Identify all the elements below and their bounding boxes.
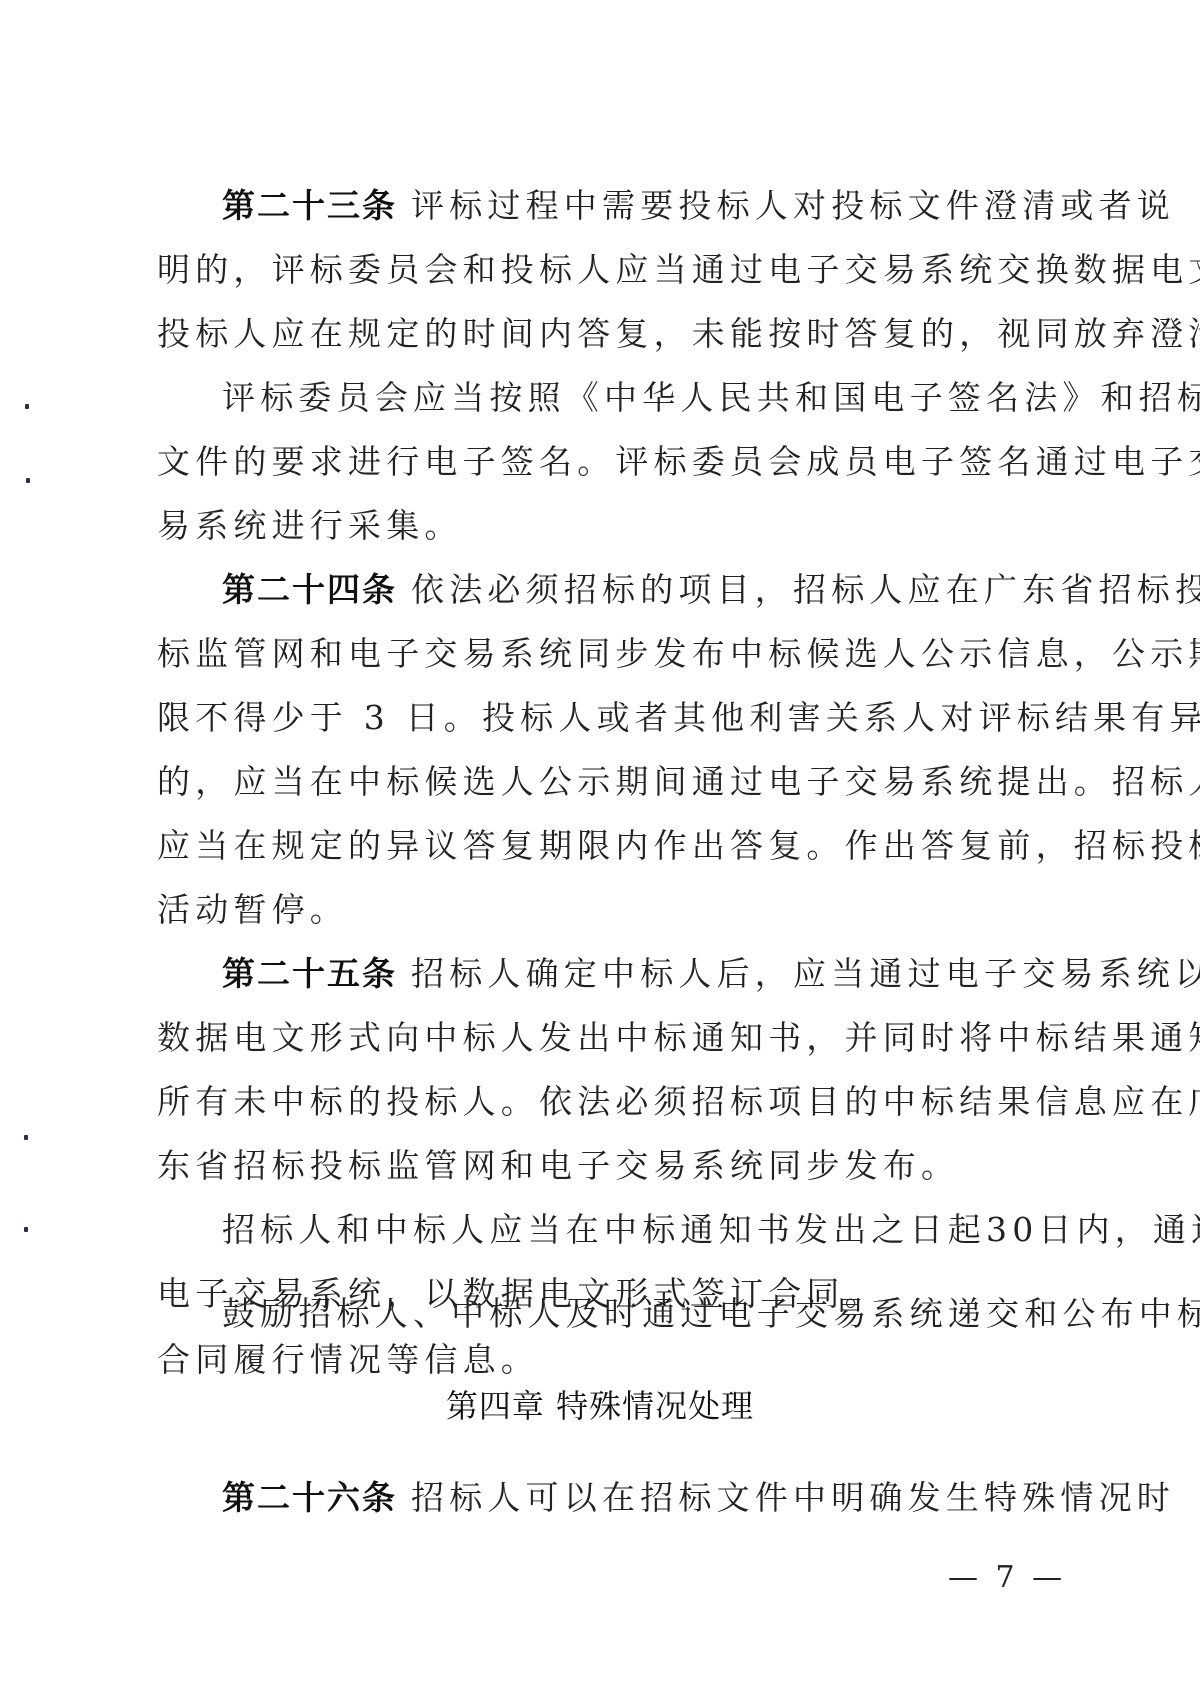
article-25-line-2: 数据电文形式向中标人发出中标通知书，并同时将中标结果通知 (157, 1018, 1077, 1058)
scan-speck (25, 404, 29, 409)
page-number: — 7 — (948, 1560, 1066, 1596)
article-23-line-3: 投标人应在规定的时间内答复，未能按时答复的，视同放弃澄清。 (157, 314, 1077, 354)
scan-speck (24, 1135, 28, 1140)
article-25-heading: 第二十五条 (222, 954, 397, 993)
article-text: 依法必须招标的项目，招标人应在广东省招标投 (411, 570, 1200, 609)
article-24-line-3: 限不得少于 3 日。投标人或者其他利害关系人对评标结果有异议 (157, 698, 1077, 738)
article-text: 招标人确定中标人后，应当通过电子交易系统以 (411, 954, 1200, 993)
article-24-line-6: 活动暂停。 (157, 890, 1077, 930)
article-text: 招标人可以在招标文件中明确发生特殊情况时 (411, 1478, 1175, 1517)
article-23-p2-line-2: 文件的要求进行电子签名。评标委员会成员电子签名通过电子交 (157, 442, 1077, 482)
article-24-line-5: 应当在规定的异议答复期限内作出答复。作出答复前，招标投标 (157, 826, 1077, 866)
article-25-line-4: 东省招标投标监管网和电子交易系统同步发布。 (157, 1146, 1077, 1186)
article-25-p3-line-1: 鼓励招标人、中标人及时通过电子交易系统递交和公布中标 (222, 1294, 1142, 1334)
article-25-p3-line-2: 合同履行情况等信息。 (157, 1340, 1077, 1380)
article-23-heading: 第二十三条 (222, 186, 397, 225)
article-24-line-1: 第二十四条依法必须招标的项目，招标人应在广东省招标投 (222, 570, 1142, 610)
article-text: 评标过程中需要投标人对投标文件澄清或者说 (411, 186, 1175, 225)
article-24-line-4: 的，应当在中标候选人公示期间通过电子交易系统提出。招标人 (157, 762, 1077, 802)
article-24-line-2: 标监管网和电子交易系统同步发布中标候选人公示信息，公示期 (157, 634, 1077, 674)
article-23-p2-line-1: 评标委员会应当按照《中华人民共和国电子签名法》和招标 (222, 378, 1142, 418)
article-23-line-1: 第二十三条评标过程中需要投标人对投标文件澄清或者说 (222, 186, 1142, 226)
article-25-line-3: 所有未中标的投标人。依法必须招标项目的中标结果信息应在广 (157, 1082, 1077, 1122)
article-23-p2-line-3: 易系统进行采集。 (157, 506, 1077, 546)
scan-speck (26, 478, 30, 483)
chapter-title: 第四章 特殊情况处理 (0, 1386, 1200, 1426)
article-25-line-1: 第二十五条招标人确定中标人后，应当通过电子交易系统以 (222, 954, 1142, 994)
article-24-heading: 第二十四条 (222, 570, 397, 609)
article-26-line-1: 第二十六条招标人可以在招标文件中明确发生特殊情况时 (222, 1478, 1142, 1518)
article-23-line-2: 明的，评标委员会和投标人应当通过电子交易系统交换数据电文， (157, 250, 1077, 290)
scan-speck (24, 1227, 28, 1232)
article-25-p2-line-1: 招标人和中标人应当在中标通知书发出之日起30日内，通过 (222, 1210, 1142, 1250)
document-page: 第二十三条评标过程中需要投标人对投标文件澄清或者说 明的，评标委员会和投标人应当… (0, 0, 1200, 1695)
article-26-heading: 第二十六条 (222, 1478, 397, 1517)
